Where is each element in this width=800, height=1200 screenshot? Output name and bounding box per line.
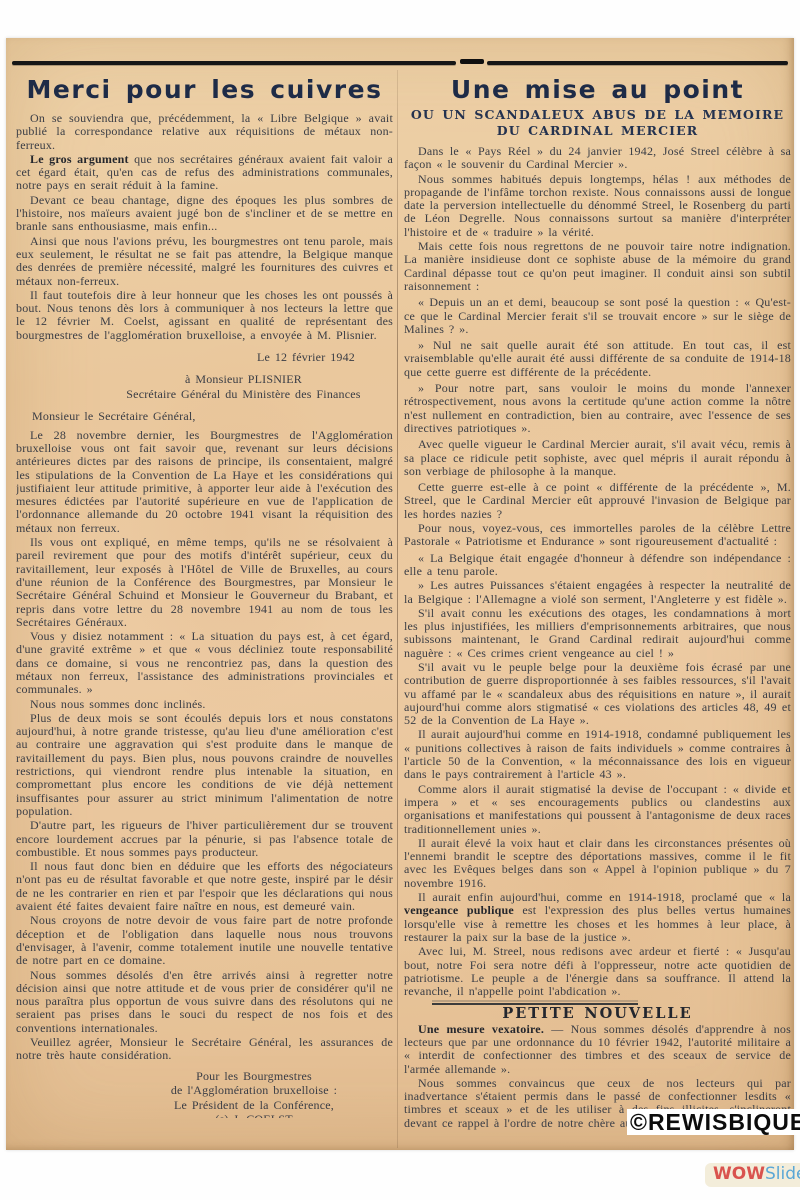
article-subtitle: OU UN SCANDALEUX ABUS DE LA MEMOIRE DU C… [404,107,791,138]
paragraph: Il faut toutefois dire à leur honneur qu… [16,289,393,342]
quote-paragraph: » Pour notre part, sans vouloir le moins… [404,382,791,435]
paragraph: S'il avait connu les exécutions des otag… [404,607,791,660]
addressee-name: à Monsieur PLISNIER [94,372,393,387]
wowslider-watermark[interactable]: WOWSlider [705,1163,800,1187]
paragraph: Avec lui, M. Streel, nous redisons avec … [404,945,791,998]
signature-line: Pour les Bourgmestres [129,1069,379,1084]
paragraph: Il aurait aujourd'hui comme en 1914-1918… [404,728,791,781]
subtitle-line: DU CARDINAL MERCIER [404,123,791,139]
paragraph: Ainsi que nous l'avions prévu, les bourg… [16,235,393,288]
letter-date: Le 12 février 1942 [16,351,393,364]
letter-addressee: à Monsieur PLISNIER Secrétaire Général d… [94,372,393,401]
paragraph: Avec quelle vigueur le Cardinal Mercier … [404,438,791,478]
masthead-rule-right [487,61,788,65]
paragraph: S'il avait vu le peuple belge pour la de… [404,661,791,727]
paragraph: On se souviendra que, précédemment, la «… [16,112,393,152]
signature-line: Le Président de la Conférence, [129,1098,379,1113]
letter-paragraph: Vous y disiez notamment : « La situation… [16,630,393,696]
paragraph-pre: Il aurait enfin aujourd'hui, comme en 19… [418,890,791,904]
letter-paragraph: Nous nous sommes donc inclinés. [16,698,393,711]
paragraph: Cette guerre est-elle à ce point « diffé… [404,481,791,521]
signature-line: (s) J. COELST [129,1112,379,1118]
article-title: Merci pour les cuivres [16,76,393,104]
paragraph: Il aurait élevé la voix haut et clair da… [404,837,791,890]
letter-salutation: Monsieur le Secrétaire Général, [16,410,393,423]
masthead-rule-left [12,61,456,65]
masthead-rule-dash [460,59,484,64]
paragraph: Pour nous, voyez-vous, ces immortelles p… [404,522,791,549]
letter-paragraph: Nous croyons de notre devoir de vous fai… [16,914,393,967]
letter-paragraph: Nous sommes désolés d'en être arrivés ai… [16,969,393,1035]
letter-paragraph: Veuillez agréer, Monsieur le Secrétaire … [16,1036,393,1063]
article-title: Une mise au point [404,76,791,104]
paragraph: Mais cette fois nous regrettons de ne po… [404,240,791,293]
wowslider-wow-text: WOW [713,1164,765,1184]
article-une-mise-au-point: Une mise au point OU UN SCANDALEUX ABUS … [404,74,791,1156]
scanned-newspaper-page: Merci pour les cuivres On se souviendra … [0,0,800,1200]
quote-paragraph: « Depuis un an et demi, beaucoup se sont… [404,296,791,336]
addressee-title: Secrétaire Général du Ministère des Fina… [94,387,393,402]
quote-paragraph: « La Belgique était engagée d'honneur à … [404,552,791,579]
paragraph: Comme alors il aurait stigmatisé la devi… [404,783,791,836]
paragraph-lead: Une mesure vexatoire. [418,1022,544,1036]
article-merci-pour-les-cuivres: Merci pour les cuivres On se souviendra … [16,74,393,1118]
paragraph: Devant ce beau chantage, digne des époqu… [16,194,393,234]
letter-paragraph: D'autre part, les rigueurs de l'hiver pa… [16,819,393,859]
paragraph: Dans le « Pays Réel » du 24 janvier 1942… [404,145,791,172]
paragraph: Une mesure vexatoire. — Nous sommes déso… [404,1023,791,1076]
paragraph-lead: Le gros argument [30,152,129,166]
wowslider-slider-text: Slider [765,1164,800,1184]
quote-paragraph: » Nul ne sait quelle aurait été son atti… [404,339,791,379]
column-divider [397,70,398,1148]
letter-paragraph: Le 28 novembre dernier, les Bourgmestres… [16,429,393,535]
copyright-watermark: ©REWISBIQUE [627,1109,800,1135]
signature-line: de l'Agglomération bruxelloise : [129,1083,379,1098]
letter-signature: Pour les Bourgmestres de l'Agglomération… [129,1069,379,1118]
letter-paragraph: Ils vous ont expliqué, en même temps, qu… [16,536,393,629]
paragraph-bold: vengeance publique [404,903,514,917]
paragraph: Nous sommes habitués depuis longtemps, h… [404,173,791,239]
letter-paragraph: Il nous faut donc bien en déduire que le… [16,860,393,913]
letter-paragraph: Plus de deux mois se sont écoulés depuis… [16,712,393,818]
petite-nouvelle-heading: PETITE NOUVELLE [404,1007,791,1020]
quote-paragraph: » Les autres Puissances s'étaient engagé… [404,579,791,606]
paragraph: Il aurait enfin aujourd'hui, comme en 19… [404,891,791,944]
paragraph: Le gros argument que nos secrétaires gén… [16,153,393,193]
subtitle-line: OU UN SCANDALEUX ABUS DE LA MEMOIRE [404,107,791,123]
